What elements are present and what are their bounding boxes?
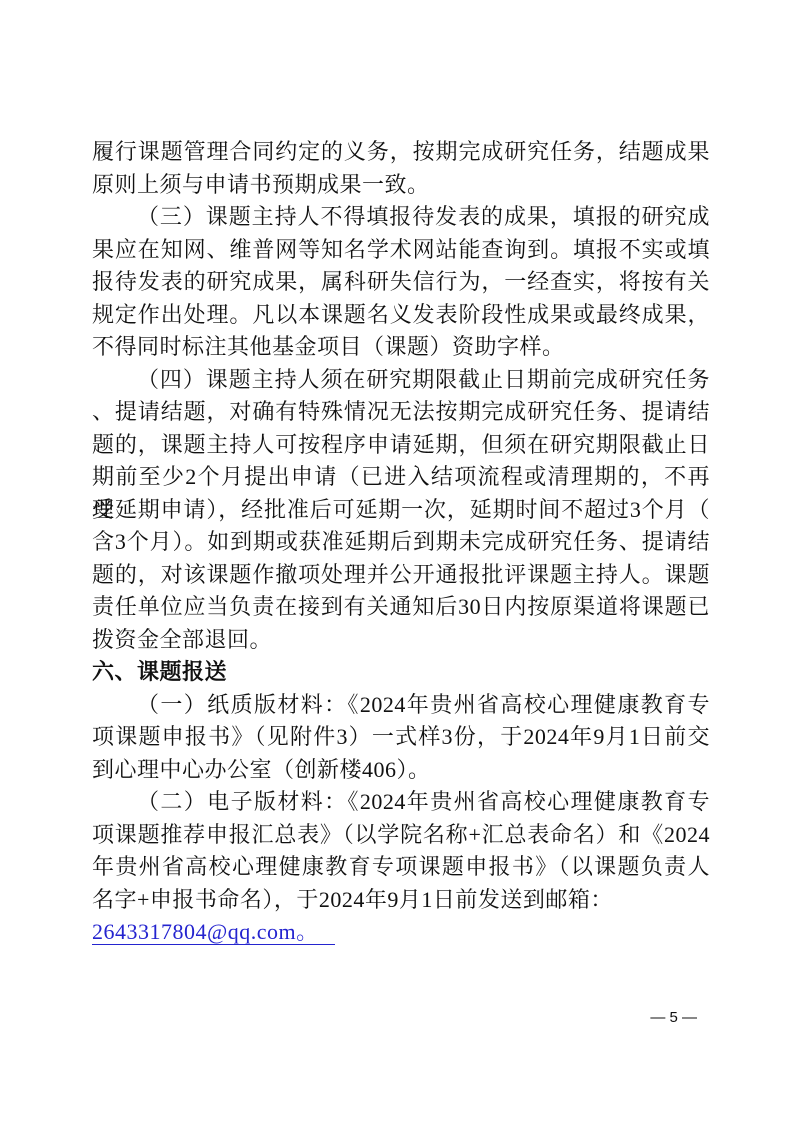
email-link[interactable]: 2643317804@qq.com。 (92, 919, 335, 945)
text-line: 报待发表的研究成果，属科研失信行为，一经查实，将按有关 (92, 266, 710, 299)
text-line: （四）课题主持人须在研究期限截止日期前完成研究任务 (92, 364, 710, 397)
text-line: 、提请结题，对确有特殊情况无法按期完成研究任务、提请结 (92, 396, 710, 429)
text-line: 项课题申报书》（见附件3）一式样3份，于2024年9月1日前交 (92, 721, 710, 754)
text-line: 责任单位应当负责在接到有关通知后30日内按原渠道将课题已 (92, 591, 710, 624)
text-line: 题的，课题主持人可按程序申请延期，但须在研究期限截止日 (92, 429, 710, 462)
text-line: （三）课题主持人不得填报待发表的成果，填报的研究成 (92, 201, 710, 234)
text-line: 原则上须与申请书预期成果一致。 (92, 169, 710, 202)
section-heading: 六、课题报送 (92, 656, 710, 689)
text-line: 年贵州省高校心理健康教育专项课题申报书》（以课题负责人 (92, 851, 710, 884)
text-line: （二）电子版材料：《2024年贵州省高校心理健康教育专 (92, 786, 710, 819)
text-line: 2643317804@qq.com。 (92, 916, 710, 949)
text-line: 理延期申请），经批准后可延期一次，延期时间不超过3个月（ (92, 494, 710, 527)
text-line: 不得同时标注其他基金项目（课题）资助字样。 (92, 331, 710, 364)
text-line: 到心理中心办公室（创新楼406）。 (92, 754, 710, 787)
page-number: — 5 — (92, 1008, 697, 1028)
text-line: （一）纸质版材料：《2024年贵州省高校心理健康教育专 (92, 689, 710, 722)
text-line: 拨资金全部退回。 (92, 624, 710, 657)
text-line: 名字+申报书命名），于2024年9月1日前发送到邮箱： (92, 884, 710, 917)
text-line: 含3个月）。如到期或获准延期后到期未完成研究任务、提请结 (92, 526, 710, 559)
text-line: 果应在知网、维普网等知名学术网站能查询到。填报不实或填 (92, 234, 710, 267)
text-line: 履行课题管理合同约定的义务，按期完成研究任务，结题成果 (92, 136, 710, 169)
text-block: 履行课题管理合同约定的义务，按期完成研究任务，结题成果原则上须与申请书预期成果一… (92, 136, 710, 949)
text-line: 期前至少2个月提出申请（已进入结项流程或清理期的，不再受 (92, 461, 710, 494)
text-line: 项课题推荐申报汇总表》（以学院名称+汇总表命名）和《2024 (92, 819, 710, 852)
document-page: 履行课题管理合同约定的义务，按期完成研究任务，结题成果原则上须与申请书预期成果一… (0, 0, 794, 1122)
text-line: 题的，对该课题作撤项处理并公开通报批评课题主持人。课题 (92, 559, 710, 592)
text-line: 规定作出处理。凡以本课题名义发表阶段性成果或最终成果， (92, 299, 710, 332)
